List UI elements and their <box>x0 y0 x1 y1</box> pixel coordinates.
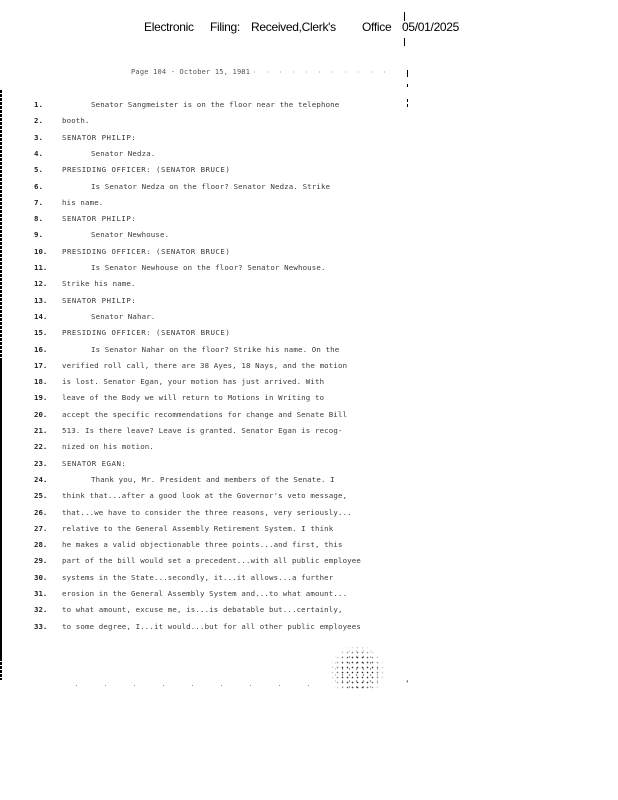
transcript-line: 32.to what amount, excuse me, is...is de… <box>0 603 618 617</box>
line-text: part of the bill would set a precedent..… <box>62 554 361 568</box>
transcript-line: 22.nized on his motion. <box>0 440 618 454</box>
line-text: his name. <box>62 196 103 210</box>
seal-stamp-icon <box>330 645 385 690</box>
line-text: to some degree, I...it would...but for a… <box>62 620 361 634</box>
transcript-line: 18.is lost. Senator Egan, your motion ha… <box>0 375 618 389</box>
corner-mark-icon: ’ <box>405 680 409 688</box>
line-text: Is Senator Nahar on the floor? Strike hi… <box>91 343 339 357</box>
line-number: 21. <box>34 424 54 438</box>
line-number: 32. <box>34 603 54 617</box>
line-number: 6. <box>34 180 54 194</box>
line-text: to what amount, excuse me, is...is debat… <box>62 603 343 617</box>
speaker-label: SENATOR EGAN: <box>62 457 126 471</box>
line-number: 3. <box>34 131 54 145</box>
scan-noise <box>62 684 332 687</box>
line-number: 27. <box>34 522 54 536</box>
stamp-electronic: Electronic <box>144 20 194 34</box>
line-number: 33. <box>34 620 54 634</box>
line-number: 5. <box>34 163 54 177</box>
transcript-line: 19.leave of the Body we will return to M… <box>0 391 618 405</box>
transcript-line: 33.to some degree, I...it would...but fo… <box>0 620 618 634</box>
transcript-line: 9.Senator Newhouse. <box>0 228 618 242</box>
line-text: Is Senator Newhouse on the floor? Senato… <box>91 261 326 275</box>
stamp-date: 05/01/2025 <box>402 20 459 34</box>
line-text: Senator Nahar. <box>91 310 155 324</box>
right-margin-mark <box>407 84 408 87</box>
transcript-line: 25.think that...after a good look at the… <box>0 489 618 503</box>
line-text: systems in the State...secondly, it...it… <box>62 571 333 585</box>
stamp-tick-mark <box>404 38 405 46</box>
transcript-line: 14.Senator Nahar. <box>0 310 618 324</box>
transcript-line: 20.accept the specific recommendations f… <box>0 408 618 422</box>
stamp-tick-mark <box>404 12 405 21</box>
line-text: 513. Is there leave? Leave is granted. S… <box>62 424 343 438</box>
speaker-label: PRESIDING OFFICER: (SENATOR BRUCE) <box>62 326 230 340</box>
transcript-line: 31.erosion in the General Assembly Syste… <box>0 587 618 601</box>
line-number: 9. <box>34 228 54 242</box>
right-margin-mark <box>407 70 408 77</box>
line-number: 23. <box>34 457 54 471</box>
speaker-label: SENATOR PHILIP: <box>62 294 136 308</box>
transcript-line: 7.his name. <box>0 196 618 210</box>
line-number: 11. <box>34 261 54 275</box>
line-number: 31. <box>34 587 54 601</box>
line-text: Is Senator Nedza on the floor? Senator N… <box>91 180 330 194</box>
speaker-label: SENATOR PHILIP: <box>62 131 136 145</box>
line-text: erosion in the General Assembly System a… <box>62 587 347 601</box>
line-number: 8. <box>34 212 54 226</box>
line-text: think that...after a good look at the Go… <box>62 489 347 503</box>
transcript-line: 21.513. Is there leave? Leave is granted… <box>0 424 618 438</box>
line-number: 26. <box>34 506 54 520</box>
transcript-line: 5.PRESIDING OFFICER: (SENATOR BRUCE) <box>0 163 618 177</box>
line-number: 18. <box>34 375 54 389</box>
transcript-line: 10.PRESIDING OFFICER: (SENATOR BRUCE) <box>0 245 618 259</box>
transcript-line: 23.SENATOR EGAN: <box>0 457 618 471</box>
transcript-line: 29.part of the bill would set a preceden… <box>0 554 618 568</box>
transcript-line: 2.booth. <box>0 114 618 128</box>
line-number: 20. <box>34 408 54 422</box>
line-number: 4. <box>34 147 54 161</box>
line-number: 19. <box>34 391 54 405</box>
transcript-line: 16.Is Senator Nahar on the floor? Strike… <box>0 343 618 357</box>
page-header: Page 104 - October 15, 1981 <box>131 68 250 76</box>
line-number: 30. <box>34 571 54 585</box>
speaker-label: PRESIDING OFFICER: (SENATOR BRUCE) <box>62 163 230 177</box>
speaker-label: PRESIDING OFFICER: (SENATOR BRUCE) <box>62 245 230 259</box>
transcript-line: 17.verified roll call, there are 38 Ayes… <box>0 359 618 373</box>
transcript-line: 24.Thank you, Mr. President and members … <box>0 473 618 487</box>
line-text: booth. <box>62 114 90 128</box>
transcript-line: 28.he makes a valid objectionable three … <box>0 538 618 552</box>
line-text: Strike his name. <box>62 277 136 291</box>
line-text: Senator Newhouse. <box>91 228 169 242</box>
line-number: 29. <box>34 554 54 568</box>
transcript-line: 8.SENATOR PHILIP: <box>0 212 618 226</box>
line-number: 15. <box>34 326 54 340</box>
line-text: he makes a valid objectionable three poi… <box>62 538 343 552</box>
stamp-received-clerks: Received,Clerk's <box>251 20 336 34</box>
filing-stamp: Electronic Filing: Received,Clerk's Offi… <box>0 20 618 38</box>
line-number: 7. <box>34 196 54 210</box>
transcript-line: 26.that...we have to consider the three … <box>0 506 618 520</box>
line-number: 12. <box>34 277 54 291</box>
line-text: accept the specific recommendations for … <box>62 408 347 422</box>
line-text: nized on his motion. <box>62 440 154 454</box>
line-number: 14. <box>34 310 54 324</box>
line-text: is lost. Senator Egan, your motion has j… <box>62 375 324 389</box>
stamp-filing: Filing: <box>210 20 240 34</box>
line-number: 22. <box>34 440 54 454</box>
speaker-label: SENATOR PHILIP: <box>62 212 136 226</box>
line-text: Senator Nedza. <box>91 147 155 161</box>
transcript-line: 11.Is Senator Newhouse on the floor? Sen… <box>0 261 618 275</box>
line-text: that...we have to consider the three rea… <box>62 506 352 520</box>
transcript-line: 6.Is Senator Nedza on the floor? Senator… <box>0 180 618 194</box>
line-text: relative to the General Assembly Retirem… <box>62 522 333 536</box>
line-text: verified roll call, there are 38 Ayes, 1… <box>62 359 347 373</box>
stamp-office: Office <box>362 20 391 34</box>
transcript-line: 27.relative to the General Assembly Reti… <box>0 522 618 536</box>
transcript-line: 1.Senator Sangmeister is on the floor ne… <box>0 98 618 112</box>
transcript-line: 3.SENATOR PHILIP: <box>0 131 618 145</box>
line-text: Thank you, Mr. President and members of … <box>91 473 335 487</box>
transcript-line: 4.Senator Nedza. <box>0 147 618 161</box>
line-number: 2. <box>34 114 54 128</box>
line-number: 1. <box>34 98 54 112</box>
line-text: leave of the Body we will return to Moti… <box>62 391 324 405</box>
line-number: 13. <box>34 294 54 308</box>
line-number: 10. <box>34 245 54 259</box>
line-number: 16. <box>34 343 54 357</box>
line-number: 28. <box>34 538 54 552</box>
transcript-line: 12.Strike his name. <box>0 277 618 291</box>
line-text: Senator Sangmeister is on the floor near… <box>91 98 339 112</box>
transcript-line: 30.systems in the State...secondly, it..… <box>0 571 618 585</box>
transcript-line: 13.SENATOR PHILIP: <box>0 294 618 308</box>
line-number: 24. <box>34 473 54 487</box>
transcript-line: 15.PRESIDING OFFICER: (SENATOR BRUCE) <box>0 326 618 340</box>
line-number: 17. <box>34 359 54 373</box>
scan-noise <box>235 70 385 74</box>
line-number: 25. <box>34 489 54 503</box>
